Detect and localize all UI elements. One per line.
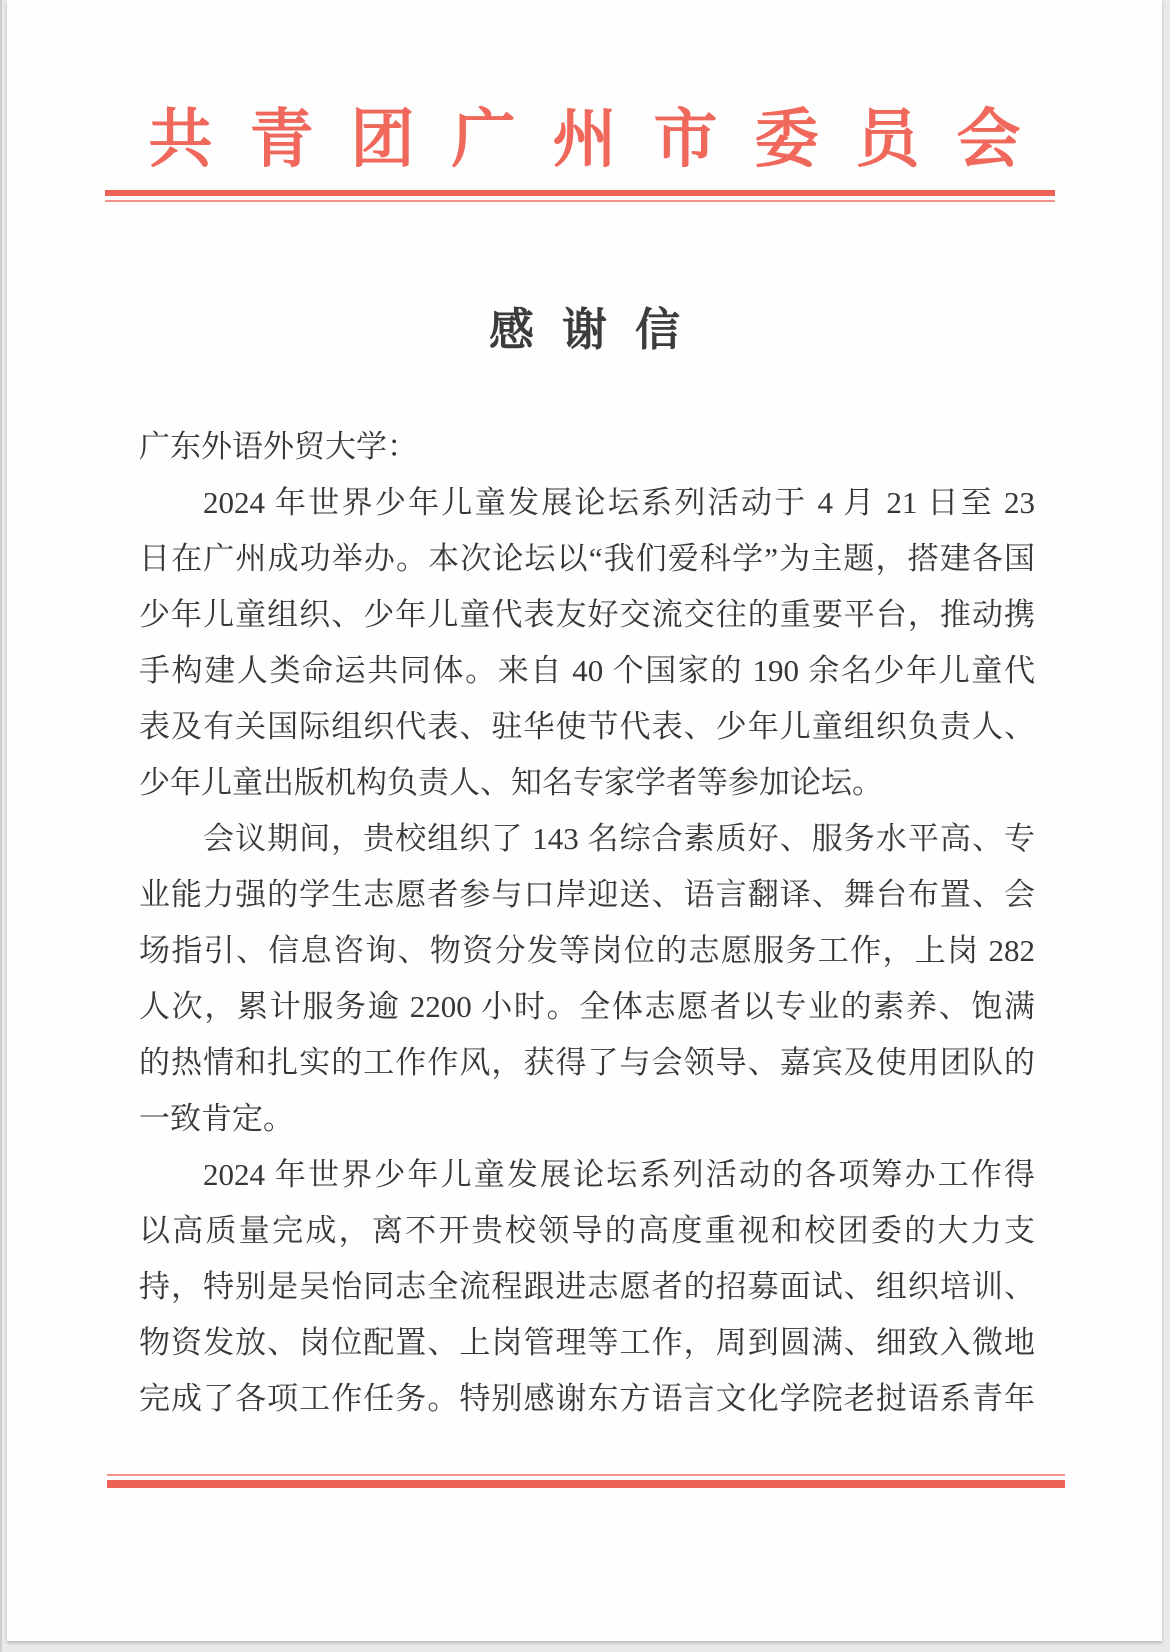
body-line: 完成了各项工作任务。特别感谢东方语言文化学院老挝语系青年 xyxy=(139,1371,1035,1427)
body-line: 物资发放、岗位配置、上岗管理等工作，周到圆满、细致入微地 xyxy=(139,1315,1035,1371)
body-line: 人次，累计服务逾 2200 小时。全体志愿者以专业的素养、饱满 xyxy=(139,979,1035,1035)
body-line: 业能力强的学生志愿者参与口岸迎送、语言翻译、舞台布置、会 xyxy=(139,867,1035,923)
letterhead-divider xyxy=(105,190,1055,202)
body-line: 少年儿童组织、少年儿童代表友好交流交往的重要平台，推动携 xyxy=(139,587,1035,643)
scanned-document: 共青团广州市委员会 感谢信 广东外语外贸大学： 2024 年世界少年儿童发展论坛… xyxy=(0,0,1170,1652)
body-line: 一致肯定。 xyxy=(139,1091,1035,1147)
body-line: 表及有关国际组织代表、驻华使节代表、少年儿童组织负责人、 xyxy=(139,699,1035,755)
body-line: 2024 年世界少年儿童发展论坛系列活动的各项筹办工作得 xyxy=(139,1147,1035,1203)
body-line: 的热情和扎实的工作作风，获得了与会领导、嘉宾及使用团队的 xyxy=(139,1035,1035,1091)
body-line: 以高质量完成，离不开贵校领导的高度重视和校团委的大力支 xyxy=(139,1203,1035,1259)
footer-divider xyxy=(107,1474,1065,1488)
footer-divider-thick-line xyxy=(107,1480,1065,1488)
divider-thin-line xyxy=(105,200,1055,202)
body-line: 手构建人类命运共同体。来自 40 个国家的 190 余名少年儿童代 xyxy=(139,643,1035,699)
salutation: 广东外语外贸大学： xyxy=(139,419,1035,475)
paragraphs-container: 2024 年世界少年儿童发展论坛系列活动于 4 月 21 日至 23日在广州成功… xyxy=(139,475,1035,1427)
body-line: 持，特别是吴怡同志全流程跟进志愿者的招募面试、组织培训、 xyxy=(139,1259,1035,1315)
letter-page: 共青团广州市委员会 感谢信 广东外语外贸大学： 2024 年世界少年儿童发展论坛… xyxy=(7,0,1162,1641)
body-line: 2024 年世界少年儿童发展论坛系列活动于 4 月 21 日至 23 xyxy=(139,475,1035,531)
body-line: 少年儿童出版机构负责人、知名专家学者等参加论坛。 xyxy=(139,755,1035,811)
footer-divider-thin-line xyxy=(107,1474,1065,1476)
letterhead-org-name: 共青团广州市委员会 xyxy=(7,104,1162,176)
letter-body: 广东外语外贸大学： 2024 年世界少年儿童发展论坛系列活动于 4 月 21 日… xyxy=(139,419,1035,1427)
letter-title: 感谢信 xyxy=(7,300,1162,360)
body-line: 场指引、信息咨询、物资分发等岗位的志愿服务工作，上岗 282 xyxy=(139,923,1035,979)
body-line: 日在广州成功举办。本次论坛以“我们爱科学”为主题，搭建各国 xyxy=(139,531,1035,587)
body-line: 会议期间，贵校组织了 143 名综合素质好、服务水平高、专 xyxy=(139,811,1035,867)
